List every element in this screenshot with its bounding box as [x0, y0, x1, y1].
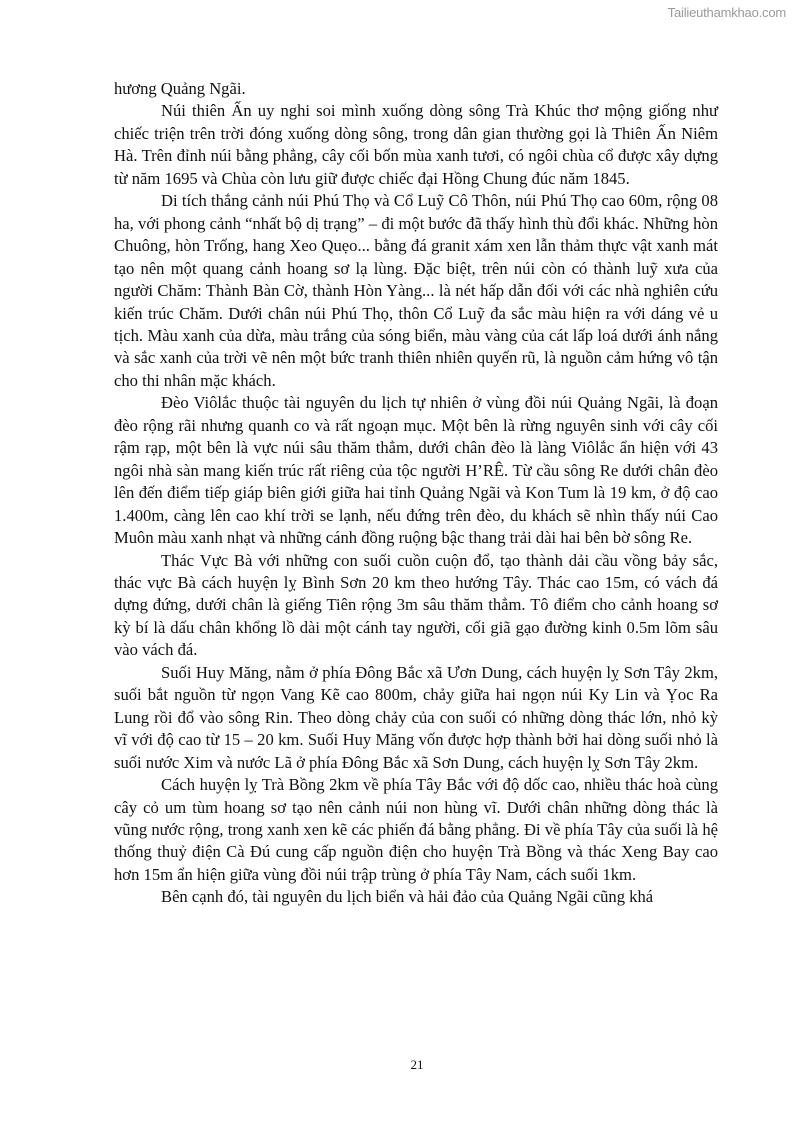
document-body: hương Quảng Ngãi. Núi thiên Ấn uy nghi s… [114, 78, 718, 909]
paragraph-phu-tho: Di tích thắng cảnh núi Phú Thọ và Cổ Luỹ… [114, 190, 718, 392]
watermark-text: Tailieuthamkhao.com [668, 5, 786, 20]
paragraph-violac: Đèo Viôlắc thuộc tài nguyên du lịch tự n… [114, 392, 718, 549]
paragraph-huy-mang: Suối Huy Măng, nằm ở phía Đông Bắc xã Ươ… [114, 662, 718, 774]
paragraph-bien-dao: Bên cạnh đó, tài nguyên du lịch biển và … [114, 886, 718, 908]
paragraph-tra-bong: Cách huyện lỵ Trà Bồng 2km về phía Tây B… [114, 774, 718, 886]
paragraph-vuc-ba: Thác Vực Bà với những con suối cuồn cuộn… [114, 550, 718, 662]
page-number: 21 [0, 1057, 794, 1073]
paragraph-continuation: hương Quảng Ngãi. [114, 78, 718, 100]
paragraph-thien-an: Núi thiên Ấn uy nghi soi mình xuống dòng… [114, 100, 718, 190]
